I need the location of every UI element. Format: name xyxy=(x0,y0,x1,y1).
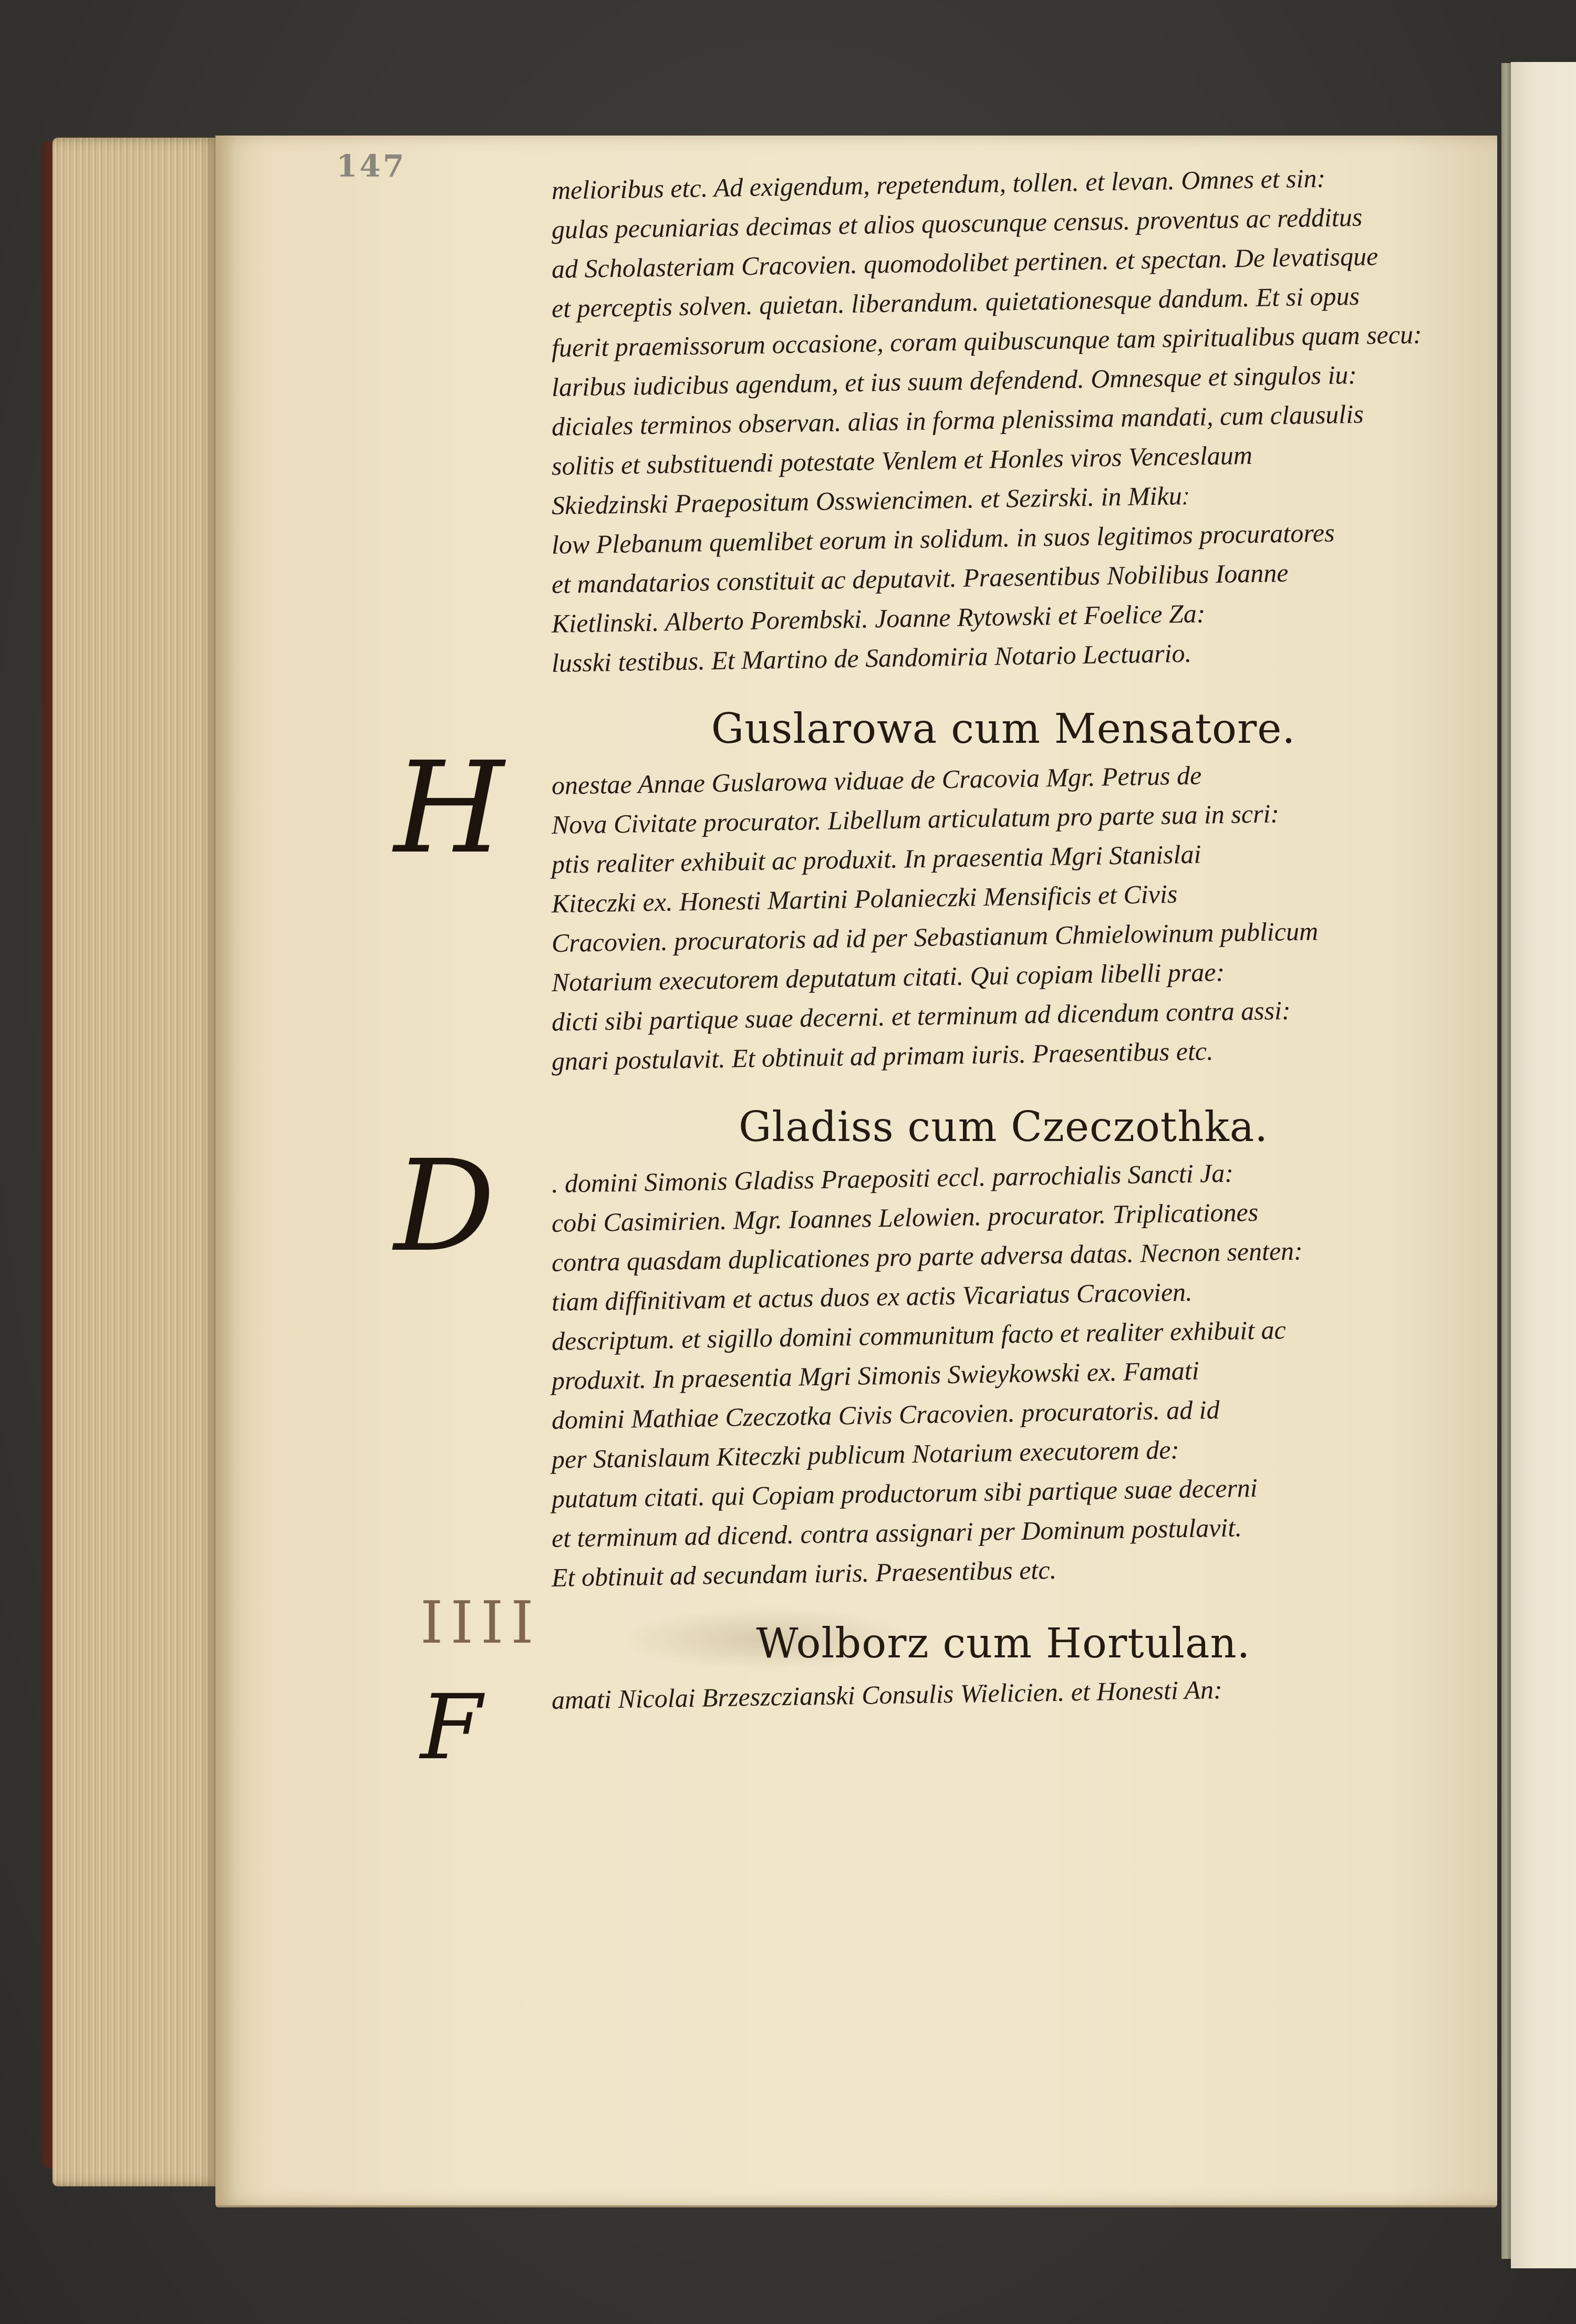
facing-page: et sin: itus sque opus secu: iu: nsulis … xyxy=(1511,62,1576,2268)
entry-gladiss: D . domini Simonis Gladiss Praepositi ec… xyxy=(552,1164,1455,1597)
entry-heading-wolborz: Wolborz cum Hortulan. xyxy=(552,1612,1455,1675)
book-gutter xyxy=(1501,63,1511,2259)
entry-guslarowa: H onestae Annae Guslarowa viduae de Crac… xyxy=(552,766,1455,1081)
entry-heading-guslarowa: Guslarowa cum Mensatore. xyxy=(552,698,1455,761)
folio-number: 147 xyxy=(336,148,406,184)
margin-tally-mark: IIII xyxy=(420,1589,541,1656)
page-block-edges xyxy=(53,138,220,2186)
decorated-initial: D xyxy=(394,1143,495,1269)
manuscript-text: melioribus etc. Ad exigendum, repetendum… xyxy=(552,171,1455,1720)
entry-heading-gladiss: Gladiss cum Czeczothka. xyxy=(552,1096,1455,1159)
continuation-paragraph: melioribus etc. Ad exigendum, repetendum… xyxy=(552,171,1455,683)
decorated-initial: H xyxy=(394,745,504,871)
entry-wolborz: F amati Nicolai Brzeszczianski Consulis … xyxy=(552,1680,1455,1720)
decorated-initial: F xyxy=(420,1665,482,1791)
